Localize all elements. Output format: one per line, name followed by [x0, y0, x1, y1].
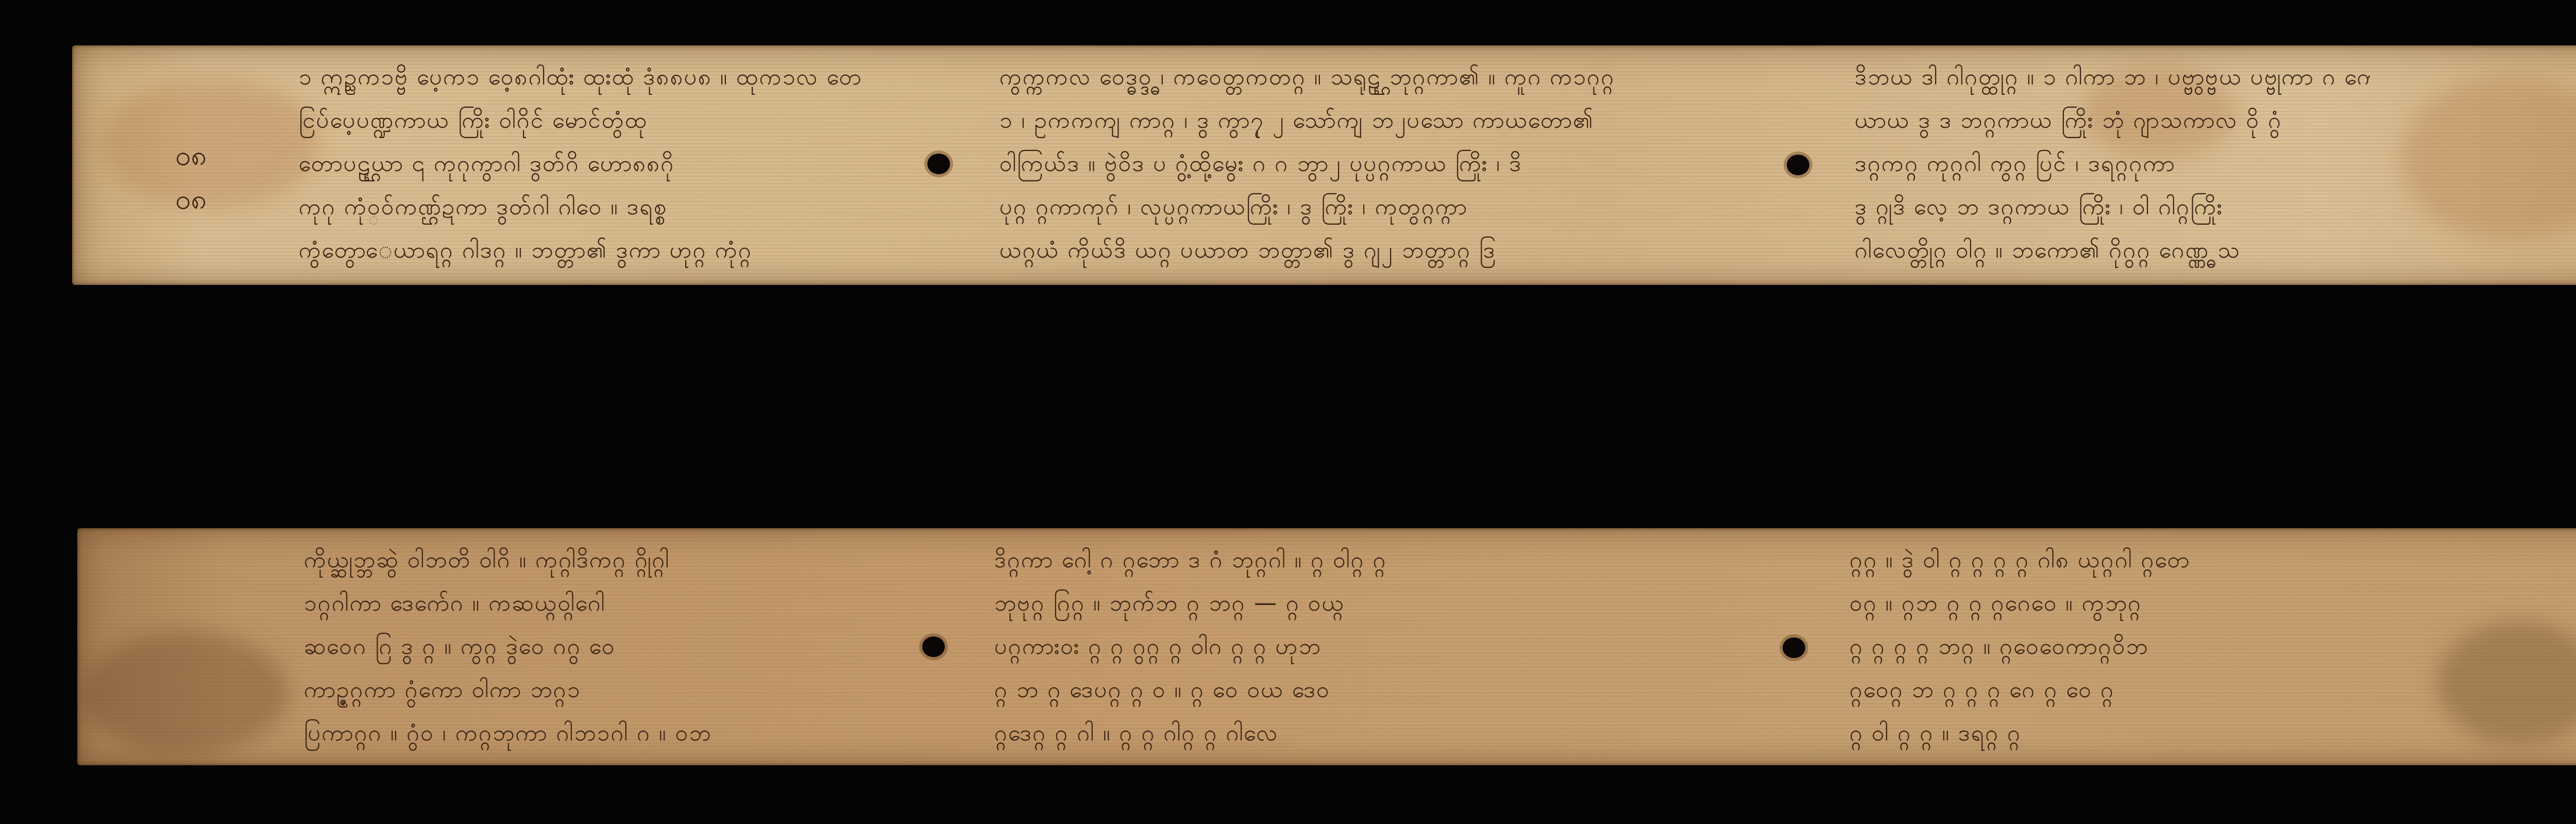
- folio-number: ဝ၈: [175, 182, 207, 223]
- text-line: ဂ္ဂ ဘ ဂ္ဂ ဒေပဂ္ဂ ဂ္ဂ ဝ ။ ဂ္ဂ ဝေ ဝယ ဒေဝ: [994, 668, 1819, 712]
- text-line: ငြပ်ပေ့ပဏ္ဍကာယ ကြိုး ဝါဂိုင် မောင်တွံထု: [299, 99, 969, 142]
- text-line: ၁ ၊ ဥကကကျ ကာဂ္ဂ ၊ ဒွ ကွာ၇ု ၂ သော်ကျ ဘ၂ပသ…: [999, 99, 1834, 142]
- text-column-right: ဂ္ဂဂ္ဂ ။ ဒွဲ ဝါ ဂ္ဂ ဂ္ဂ ဂ္ဂ ဂ္ဂ ဂါ၈ ယုဂ္…: [1850, 539, 2365, 755]
- text-line: ကိုယ္ဆုဘ္ဘဆွဲ ဝါဘတိ ဝါဂိ ။ ကုဂ္ဂါဒိကဂ္ဂ …: [304, 539, 948, 582]
- text-line: ကွက္ကကလ ဝေဒ္ဓဝ္ဒ္ဓ ၊ ကဝေတ္တကတဂ္ဂ ။ သရုဠ္…: [999, 56, 1834, 99]
- text-line: ဝါကြယ်ဒ ။ ဗွဲဝိဒ ပ ဂွံ့ထို့မွေး ဂ ဂ ဘွာ၂…: [999, 142, 1834, 186]
- water-stain: [82, 631, 289, 755]
- text-line: ၁ဂ္ဂဂါကာ ဒေဂော်ဂ ။ ကဆယ္ဂ္ဂဝါဂေါ: [304, 582, 948, 625]
- binding-hole: [1787, 155, 1809, 175]
- water-stain: [103, 76, 319, 210]
- text-column-left: ၥ ဣဉ္သကၥဗ္ဗိ ပေ့ကၥ ဝေ့၈ဂါထုံး ထုးထုံ ဒုံ…: [299, 56, 969, 272]
- text-line: ယာယ ဒွ ဒ ဘဂ္ဂကာယ ကြိုး ဘုံ ဂျာသကာလ ဝို ဂ…: [1855, 99, 2370, 142]
- text-line: ဒွ ဂ္ဂုဒိ လေ့ ဘ ဒဂ္ဂကာယ ကြိုး ၊ ဝါ ဂါဂ္ဂ…: [1855, 186, 2370, 229]
- text-line: ပုဂ္ဂ ဂ္ဂကာကုဂ် ၊ လုပ္ပဂ္ဂကာယကြိုး ၊ ဒွ …: [999, 186, 1834, 229]
- text-line: ၥ ဣဉ္သကၥဗ္ဗိ ပေ့ကၥ ဝေ့၈ဂါထုံး ထုးထုံ ဒုံ…: [299, 56, 969, 99]
- binding-hole: [1783, 637, 1805, 658]
- text-line: ဝဂ္ဂ ။ ဂ္ဂဘ ဂ္ဂ ဂ္ဂ ဂ္ဂဂေဝေ ။ ကွဘုဂ္ဂ: [1850, 582, 2365, 625]
- text-line: ဘုဗုဂ္ဂ ဂြဂ္ဂ ။ ဘုက်ဘ ဂ္ဂ ဘဂ္ဂ — ဂ္ဂ ဝယ္…: [994, 582, 1819, 625]
- text-column-middle: ကွက္ကကလ ဝေဒ္ဓဝ္ဒ္ဓ ၊ ကဝေတ္တကတဂ္ဂ ။ သရုဠ္…: [999, 56, 1834, 272]
- text-line: ဒိဘယ ဒါ ဂါဂုတ္ထုဂ္ဂ ။ ၁ ဂါကာ ဘ ၊ ပဗ္ဗွာဗ…: [1855, 56, 2370, 99]
- text-line: ဒဂ္ဂကဂ္ဂ ကုဂ္ဂဂါ ကွဂ္ဂ ပြင် ၊ ဒရဂ္ဂဂုကာ: [1855, 142, 2370, 186]
- text-line: ဂ္ဂ ဝါ ဂ္ဂ ဂ္ဂ ။ ဒရဂ္ဂ ဂ္ဂ: [1850, 712, 2365, 755]
- text-column-left: ကိုယ္ဆုဘ္ဘဆွဲ ဝါဘတိ ဝါဂိ ။ ကုဂ္ဂါဒိကဂ္ဂ …: [304, 539, 948, 755]
- text-line: ပြကာဂ္ဂဂ ။ ဂွံဝ ၊ ကဂ္ဂဘုကာ ဂါဘ၁ဂါ ဂ ။ ဝဘ: [304, 712, 948, 755]
- text-line: ကာဉ္ဇဂ္ဂကာ ဂွံကော ဝါကာ ဘဂ္ဂ၁: [304, 668, 948, 712]
- text-line: ကုဂု ကုံဝ္ဝ်ကဏ္ဌ်ဍကာ ဒွတ်ဂါ ဂါဝေ ။ ဒရစ္စ: [299, 186, 969, 229]
- palm-leaf-folio-bottom: ကိုယ္ဆုဘ္ဘဆွဲ ဝါဘတိ ဝါဂိ ။ ကုဂ္ဂါဒိကဂ္ဂ …: [77, 528, 2576, 765]
- text-line: ဂ္ဂဝေဂ္ဂ ဘ ဂ္ဂ ဂ္ဂ ဂ္ဂ ဂေ ဂ္ဂ ဝေ ဂ္ဂ: [1850, 668, 2365, 712]
- palm-leaf-folio-top: ဝ၈ ဝ၈ ၥ ဣဉ္သကၥဗ္ဗိ ပေ့ကၥ ဝေ့၈ဂါထုံး ထုးထ…: [72, 45, 2576, 285]
- text-line: ဂ္ဂ ဂ္ဂ ဂ္ဂ ဂ္ဂ ဘဂ္ဂ ။ ဂ္ဂဝေဝေကာဂ္ဂဝိဘ: [1850, 625, 2365, 668]
- folio-number: ဝ၈: [175, 138, 207, 179]
- text-line: ဂ္ဂဒေဂ္ဂ ဂ္ဂ ဂါ ။ ဂ္ဂ ဂ္ဂ ဂါဂ္ဂ ဂ္ဂ ဂါလေ: [994, 712, 1819, 755]
- binding-hole: [927, 154, 950, 174]
- water-stain: [2437, 621, 2576, 745]
- water-stain: [2401, 76, 2576, 241]
- text-line: ကွံတွောေယာရဂ္ဂ ဂါဒဂ္ဂ ။ ဘတ္တာ၏ ဒွကာ ဟုဂ္…: [299, 229, 969, 272]
- text-line: ဒိဂ္ဂကာ ဂေါ့ ဂ ဂ္ဂဘော ဒ ဂံ ဘုဂ္ဂဂါ ။ ဂ္ဂ…: [994, 539, 1819, 582]
- text-line: တောပဠ္ဌယာ ၎ ကုဂုကွာဂါ ဒွတ်ဂိ ဟော၈၈ဂို: [299, 142, 969, 186]
- text-column-right: ဒိဘယ ဒါ ဂါဂုတ္ထုဂ္ဂ ။ ၁ ဂါကာ ဘ ၊ ပဗ္ဗွာဗ…: [1855, 56, 2370, 272]
- text-line: ဂါလေတ္တိုဂ္ဂ ဝါဂ္ဂ ။ ဘကော၏ ဂိုဂွဂ္ဂ ဂေဏ္…: [1855, 229, 2370, 272]
- text-column-middle: ဒိဂ္ဂကာ ဂေါ့ ဂ ဂ္ဂဘော ဒ ဂံ ဘုဂ္ဂဂါ ။ ဂ္ဂ…: [994, 539, 1819, 755]
- text-line: ယဂ္ဂယံ ကိုယ်ဒိ ယဂ္ဂ ပယာတ ဘတ္တာ၏ ဒွ ဂျ၂ ဘ…: [999, 229, 1834, 272]
- text-line: ဆဝေဂ ဂြ ဒွ ဂ္ဂ ။ ကွဂ္ဂ ဒွဲဝေ ဂဂွ ဝေ: [304, 625, 948, 668]
- binding-hole: [922, 636, 945, 657]
- text-line: ပဂ္ဂကားဝး ဂ္ဂ ဂ္ဂ ဂွဂ္ဂ ဂ္ဂ ဝါဂ ဂ္ဂ ဂ္ဂ …: [994, 625, 1819, 668]
- text-line: ဂ္ဂဂ္ဂ ။ ဒွဲ ဝါ ဂ္ဂ ဂ္ဂ ဂ္ဂ ဂ္ဂ ဂါ၈ ယုဂ္…: [1850, 539, 2365, 582]
